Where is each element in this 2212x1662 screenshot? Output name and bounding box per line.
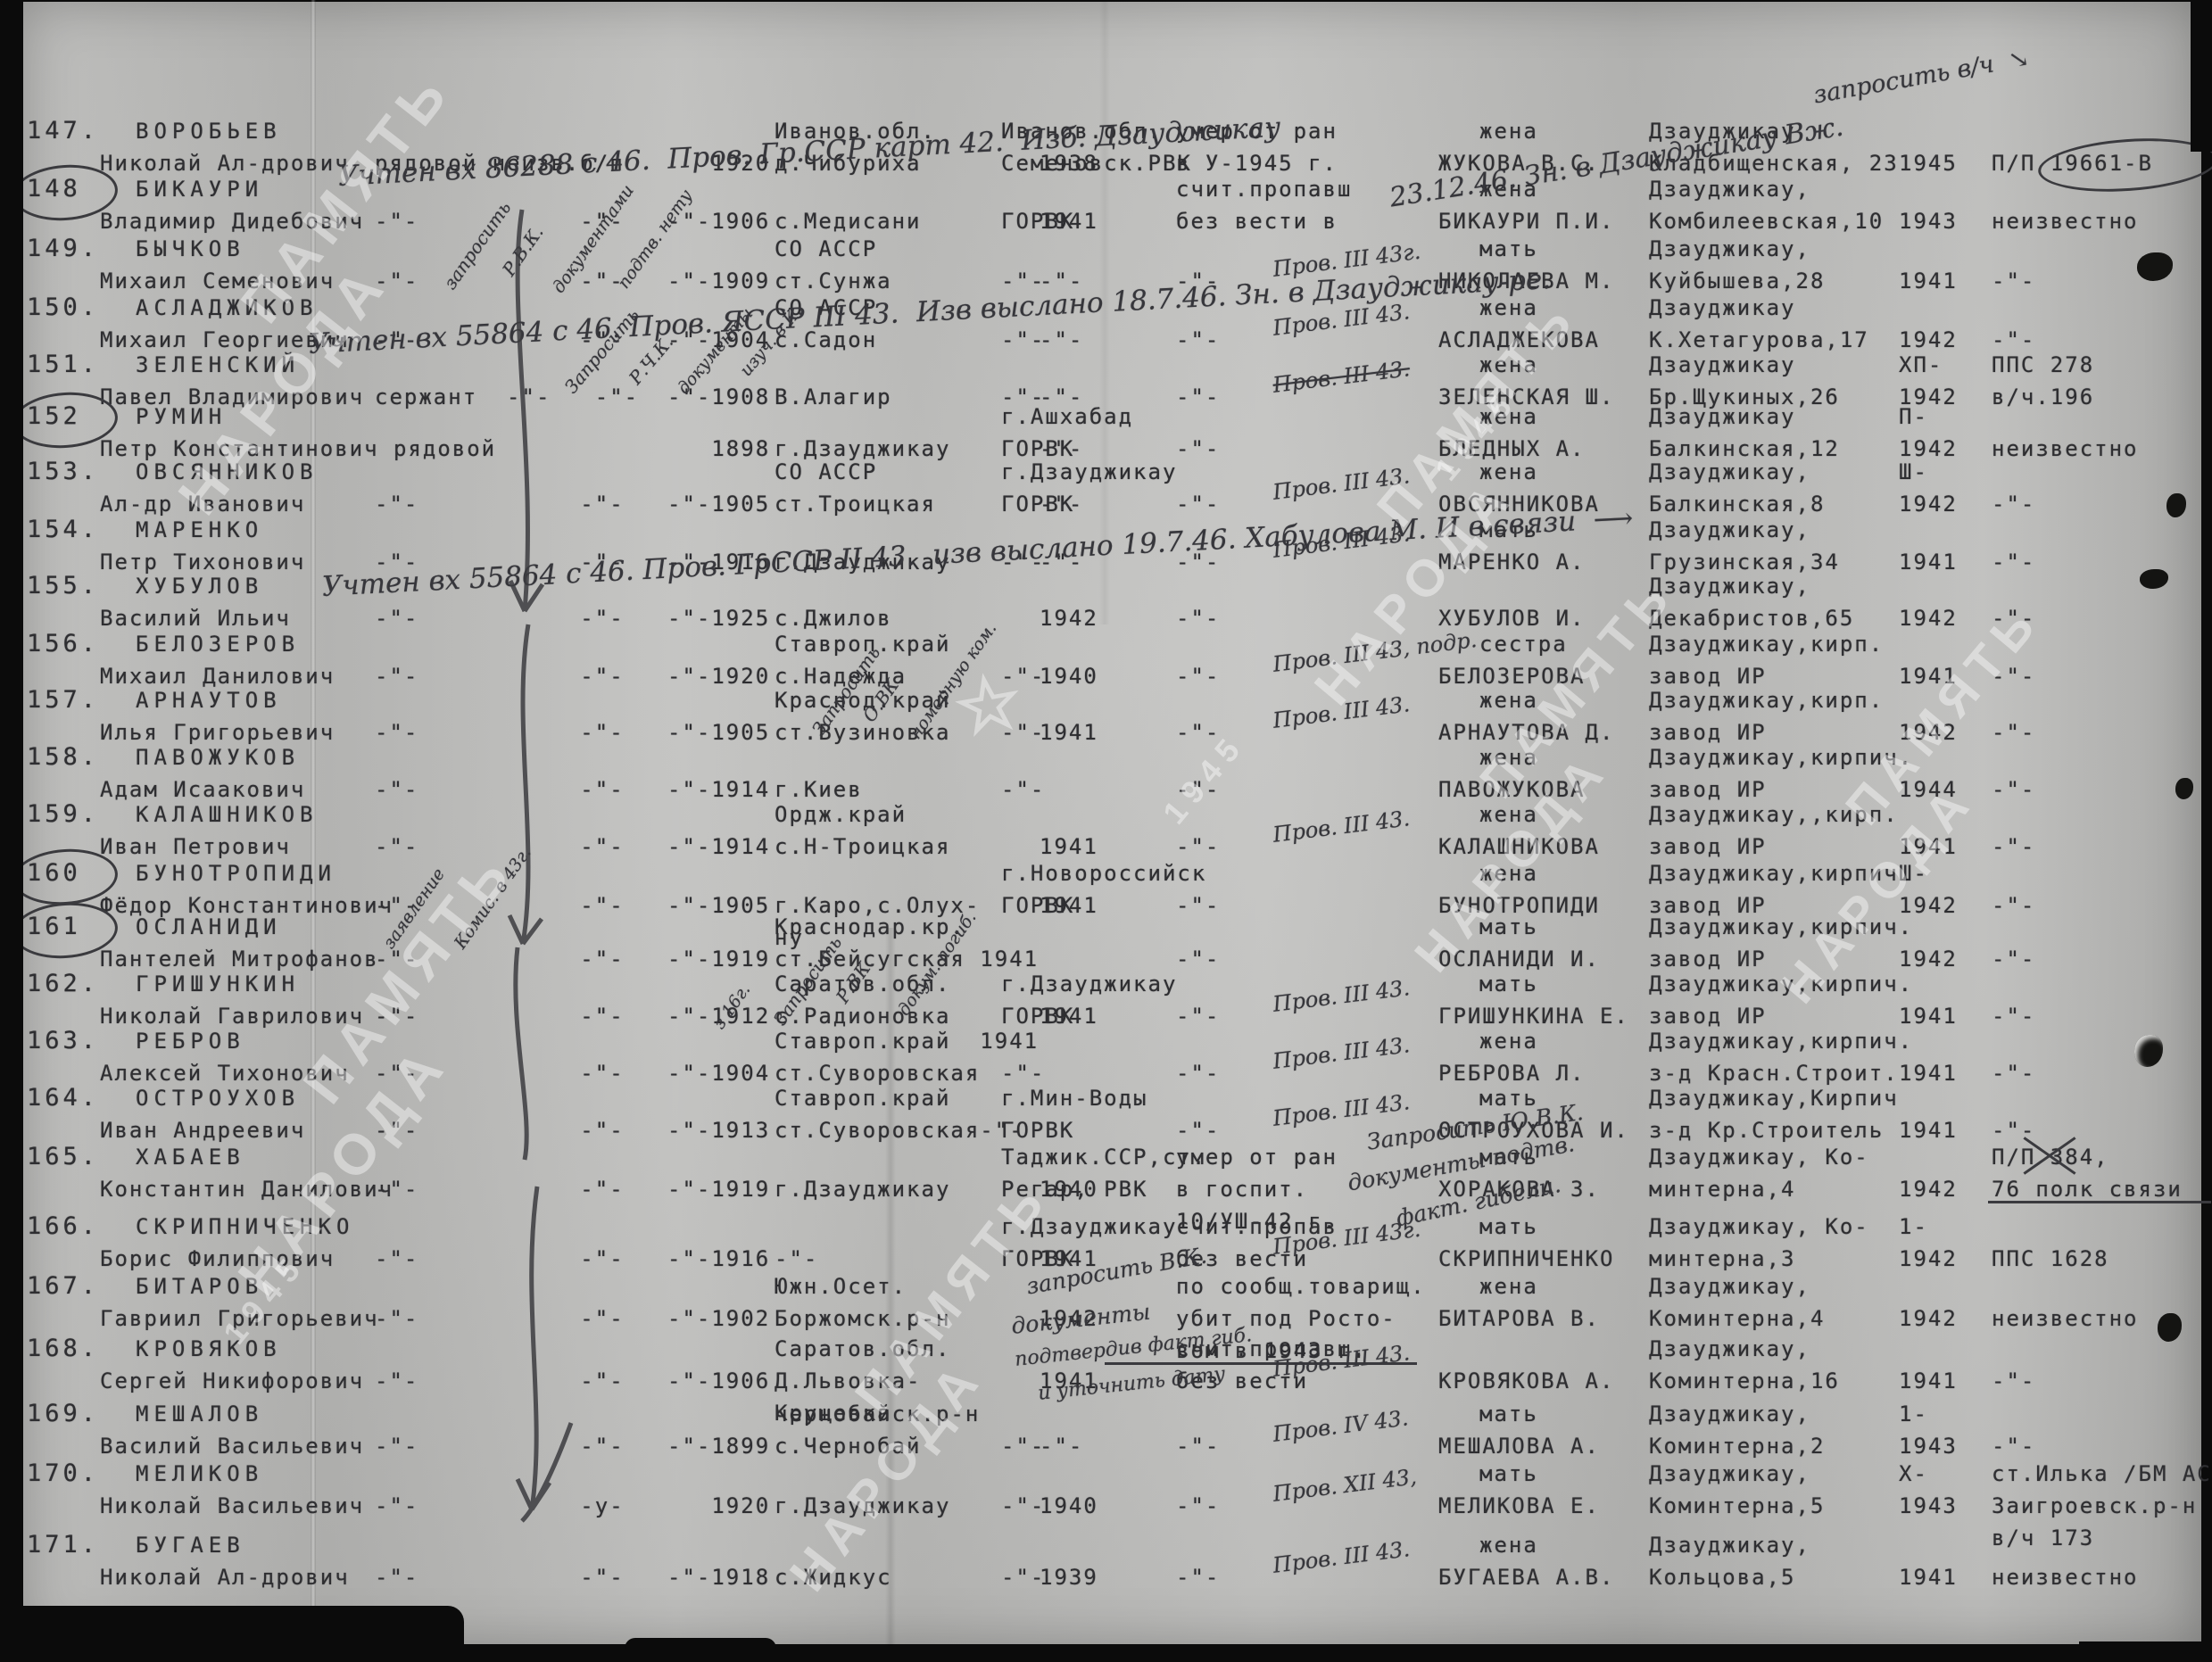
draft-year: 1939: [1040, 1562, 1098, 1592]
relative-address: Дзауджикау,: [1649, 1271, 1810, 1302]
field-post-note: ППС 278: [1992, 350, 2094, 380]
surname: КРОВЯКОВ: [136, 1334, 282, 1364]
record-number: 156.: [27, 629, 99, 659]
record-number: 163.: [27, 1026, 99, 1056]
birth-place: Ордж.край: [775, 799, 907, 830]
last-letter-year: Х-: [1899, 1459, 1928, 1489]
relative-address: Коминтерна,4: [1649, 1303, 1825, 1334]
record-number: 158.: [27, 742, 99, 773]
scan-edge-bottom-right: [2079, 1641, 2212, 1662]
relative-address: Дзауджикау,: [1649, 1459, 1810, 1489]
draft-year: -"-: [1040, 1431, 1083, 1461]
surname: ВОРОБЬЕВ: [136, 116, 282, 146]
relative-address: Дзауджикау,кирп.: [1649, 629, 1884, 659]
surname: БЫЧКОВ: [136, 234, 245, 264]
relative-label: сестра: [1479, 629, 1568, 659]
relative-name: КРОВЯКОВА А.: [1438, 1366, 1614, 1396]
draft-year: 1941: [1040, 831, 1098, 862]
relative-address: Дзауджикау, Ко-: [1649, 1142, 1869, 1172]
relative-address: з-д Кр.Строитель: [1649, 1115, 1884, 1145]
relative-label: жена: [1479, 1271, 1538, 1302]
last-letter-year: 1943: [1899, 1431, 1958, 1461]
birth-place: -"-: [775, 1244, 818, 1274]
relative-address: Дзауджикау,: [1649, 234, 1810, 264]
draft-commissariat: ГОРВК: [1001, 1115, 1074, 1145]
relative-address: Дзауджикау,: [1649, 1399, 1810, 1429]
birth-place: ст.Суворовская-"-: [775, 1115, 1024, 1145]
birth-year: -"-1913: [667, 1115, 770, 1145]
surname: МАРЕНКО: [136, 515, 263, 545]
record-number: 157.: [27, 685, 99, 715]
draft-commissariat: г.Ашхабад: [1001, 401, 1133, 432]
field-post-note: Заигроевск.р-н: [1992, 1491, 2197, 1521]
given-name: Иван Андреевич: [100, 1115, 305, 1145]
draft-commissariat: г.Дзауджикау: [1001, 969, 1177, 999]
draft-commissariat: г.Мин-Воды: [1001, 1083, 1148, 1113]
prov-check-annotation: Пров. III 43.: [1272, 1032, 1411, 1074]
surname: ХУБУЛОВ: [136, 571, 263, 601]
scan-edge-left: [0, 0, 23, 1662]
relative-label: мать: [1479, 1399, 1538, 1429]
relative-address: минтерна,4: [1649, 1174, 1796, 1204]
birth-place: СО АССР: [775, 234, 877, 264]
relative-address: Дзауджикау: [1649, 293, 1796, 323]
rank-and-dittos: -"- -"-: [375, 1431, 625, 1461]
relative-name: МЕЛИКОВА Е.: [1438, 1491, 1600, 1521]
surname: ОСЛАНИДИ: [136, 912, 282, 942]
relative-address: минтерна,3: [1649, 1244, 1796, 1274]
relative-address: Дзауджикау,: [1649, 1530, 1810, 1560]
record-number: 165.: [27, 1142, 99, 1172]
record-number: 155.: [27, 571, 99, 601]
last-letter-year: 1-: [1899, 1211, 1928, 1242]
draft-commissariat: г.Дзауджикау: [1001, 457, 1177, 487]
relative-address: Куйбышева,28: [1649, 266, 1825, 296]
field-post-note: -"-: [1992, 831, 2035, 862]
surname: БЕЛОЗЕРОВ: [136, 629, 300, 659]
status: -"-: [1176, 831, 1220, 862]
field-post-note: ст.Илька /БМ АССР: [1992, 1459, 2212, 1489]
draft-commissariat: -"-: [1001, 1491, 1045, 1521]
scanned-document-page: 147.ВОРОБЬЕВНиколай Ал-дровичрядовой неи…: [0, 0, 2212, 1662]
draft-commissariat: ГОРВК: [1001, 206, 1074, 236]
last-letter-year: Ш-: [1899, 457, 1928, 487]
last-letter-year: П-: [1899, 401, 1928, 432]
archive-watermark: ☆: [948, 654, 1038, 753]
draft-commissariat: г.Новороссийск: [1001, 858, 1206, 889]
rank-and-dittos: -"- -"-: [375, 1562, 625, 1592]
birth-year: -"-1919: [667, 1174, 770, 1204]
relative-address: завод ИР: [1649, 831, 1767, 862]
draft-year: 1940: [1040, 1491, 1098, 1521]
relative-label: мать: [1479, 969, 1538, 999]
surname: АРНАУТОВ: [136, 685, 282, 715]
status: по сообщ.товарищ.: [1176, 1271, 1426, 1302]
record-number: 159.: [27, 799, 99, 830]
surname: ОСТРОУХОВ: [136, 1083, 300, 1113]
last-letter-year: 1941: [1899, 1562, 1958, 1592]
relative-address: Кольцова,5: [1649, 1562, 1796, 1592]
relative-label: жена: [1479, 1530, 1538, 1560]
rank-and-dittos: -"- -"-: [375, 1174, 625, 1204]
status: -"-: [1176, 1562, 1220, 1592]
prov-check-annotation: Пров. III 43.: [1272, 356, 1411, 398]
status: в госпит.: [1176, 1174, 1308, 1204]
relative-address: Дзауджикау,кирп.: [1649, 685, 1884, 715]
last-letter-year: 1941: [1899, 1115, 1958, 1145]
given-name: Василий Васильевич: [100, 1431, 364, 1461]
relative-label: мать: [1479, 234, 1538, 264]
record-number: 153.: [27, 457, 99, 487]
relative-address: Дзауджикау, Ко-: [1649, 1211, 1869, 1242]
scan-edge-top-right: [2191, 0, 2212, 152]
record-number: 170.: [27, 1459, 99, 1489]
status: счит.пропавш: [1176, 174, 1352, 204]
birth-place: Ставроп.край: [775, 1083, 950, 1113]
status: умер от ран: [1176, 1142, 1338, 1172]
prov-check-annotation: Пров. III 43.: [1272, 806, 1411, 848]
record-number: 162.: [27, 969, 99, 999]
birth-year: -"-1916: [667, 1244, 770, 1274]
surname: БИКАУРИ: [136, 174, 263, 204]
birth-year: -"-1909: [667, 266, 770, 296]
field-post-note: неизвестно: [1992, 1303, 2139, 1334]
field-post-underline: [1988, 1201, 2211, 1203]
last-letter-year: 1943: [1899, 206, 1958, 236]
given-name: Иван Петрович: [100, 831, 291, 862]
relative-label: жена: [1479, 1026, 1538, 1056]
birth-place: с.Н-Троицкая: [775, 831, 950, 862]
rank-and-dittos: -"- -"-: [375, 1303, 625, 1334]
last-letter-year: 1-: [1899, 1399, 1928, 1429]
relative-address: Дзауджикау,: [1649, 457, 1810, 487]
scan-edge-bottom-left: [0, 1606, 464, 1662]
relative-address: Коминтерна,16: [1649, 1366, 1840, 1396]
relative-name: СКРИПНИЧЕНКО: [1438, 1244, 1614, 1274]
birth-year: -"-1914: [667, 831, 770, 862]
surname: РЕБРОВ: [136, 1026, 245, 1056]
status: без вести в: [1176, 206, 1338, 236]
field-post-note: неизвестно: [1992, 206, 2139, 236]
birth-year: -"-1906: [667, 1366, 770, 1396]
birth-year: 1920: [667, 1491, 770, 1521]
relative-label: мать: [1479, 1459, 1538, 1489]
relative-name: БУГАЕВА А.В.: [1438, 1562, 1614, 1592]
last-letter-year: 1942: [1899, 1303, 1958, 1334]
birth-place: Краснодар.кр.: [775, 912, 965, 942]
relative-address: Комбилеевская,10: [1649, 206, 1884, 236]
status: -"-: [1176, 1115, 1220, 1145]
rank-and-dittos: -"- -у-: [375, 1491, 625, 1521]
surname: ПАВОЖУКОВ: [136, 742, 300, 773]
relative-address: Дзауджикау: [1649, 401, 1796, 432]
rank-and-dittos: -"- -"-: [375, 1366, 625, 1396]
relative-name: БИКАУРИ П.И.: [1438, 206, 1614, 236]
relative-address: Дзауджикау,: [1649, 174, 1810, 204]
surname: ГРИШУНКИН: [136, 969, 300, 999]
birth-year: -"-1918: [667, 1562, 770, 1592]
last-letter-year: 1941: [1899, 1366, 1958, 1396]
birth-place: ст.Сунжа: [775, 266, 892, 296]
record-number: 149.: [27, 234, 99, 264]
status: -"-: [1176, 1491, 1220, 1521]
scan-edge-bottom-notch: [625, 1638, 776, 1662]
status: -"-: [1176, 1431, 1220, 1461]
last-letter-year: ХП-: [1899, 350, 1943, 380]
field-post-note: 76 полк связи: [1992, 1174, 2183, 1204]
relative-address: Дзауджикау,: [1649, 1334, 1810, 1364]
prov-check-annotation: Пров. III 43.: [1272, 975, 1411, 1017]
surname: МЕЛИКОВ: [136, 1459, 263, 1489]
surname: БУНОТРОПИДИ: [136, 858, 336, 889]
relative-label: мать: [1479, 1211, 1538, 1242]
relative-address: Коминтерна,5: [1649, 1491, 1825, 1521]
given-name: Николай Ал-дрович: [100, 1562, 350, 1592]
relative-address: Дзауджикау,кирпич.: [1649, 1026, 1913, 1056]
field-post-note: -"-: [1992, 1366, 2035, 1396]
field-post-note: ППС 1628: [1992, 1244, 2109, 1274]
last-letter-year: 1942: [1899, 1174, 1958, 1204]
field-post-note: -"-: [1992, 1431, 2035, 1461]
rank-and-dittos: -"- -"-: [375, 1244, 625, 1274]
relative-address: Дзауджикау: [1649, 350, 1796, 380]
prov-check-annotation: Пров. IV 43.: [1272, 1405, 1410, 1446]
relative-address: Дзауджикау,Кирпич: [1649, 1083, 1899, 1113]
record-number: 166.: [27, 1211, 99, 1242]
relative-address: Дзауджикау,: [1649, 515, 1810, 545]
relative-name: МЕШАЛОВА А.: [1438, 1431, 1600, 1461]
record-number: 171.: [27, 1530, 99, 1560]
record-number: 167.: [27, 1271, 99, 1302]
relative-name: БИТАРОВА В.: [1438, 1303, 1600, 1334]
last-letter-year: 1943: [1899, 1491, 1958, 1521]
record-number: 154.: [27, 515, 99, 545]
last-letter-year: 1942: [1899, 1244, 1958, 1274]
relative-label: жена: [1479, 116, 1538, 146]
surname: МЕШАЛОВ: [136, 1399, 263, 1429]
given-name: Сергей Никифорович: [100, 1366, 364, 1396]
draft-commissariat: -"-: [1001, 1431, 1045, 1461]
record-number: 169.: [27, 1399, 99, 1429]
field-post-note: -"-: [1992, 266, 2035, 296]
birth-place: Ставроп.край 1941: [775, 1026, 1039, 1056]
prov-check-annotation: Пров. XII 43,: [1272, 1464, 1418, 1507]
given-name: Николай Васильевич: [100, 1491, 364, 1521]
surname: БУГАЕВ: [136, 1530, 245, 1560]
draft-commissariat: -"-: [1001, 1562, 1045, 1592]
record-number: 151.: [27, 350, 99, 380]
relative-address: Коминтерна,2: [1649, 1431, 1825, 1461]
birth-place: г.Дзауджикау: [775, 1174, 950, 1204]
birth-year: -"-1902: [667, 1303, 770, 1334]
field-post-note: неизвестно: [1992, 1562, 2139, 1592]
birth-place: с.Медисани: [775, 206, 922, 236]
surname: КАЛАШНИКОВ: [136, 799, 319, 830]
surname: ХАБАЕВ: [136, 1142, 245, 1172]
record-number: 168.: [27, 1334, 99, 1364]
birth-place: СО АССР: [775, 457, 877, 487]
record-number: 150.: [27, 293, 99, 323]
prov-check-annotation: Пров. III 43.: [1272, 1089, 1411, 1131]
record-number: 147.: [27, 116, 99, 146]
birth-place: Южн.Осет.: [775, 1271, 907, 1302]
prov-check-annotation: Пров. III 43.: [1272, 1536, 1411, 1578]
birth-year: -"-1899: [667, 1431, 770, 1461]
record-number: 164.: [27, 1083, 99, 1113]
last-letter-year: 1941: [1899, 266, 1958, 296]
rank-and-dittos: -"- -"-: [375, 266, 625, 296]
